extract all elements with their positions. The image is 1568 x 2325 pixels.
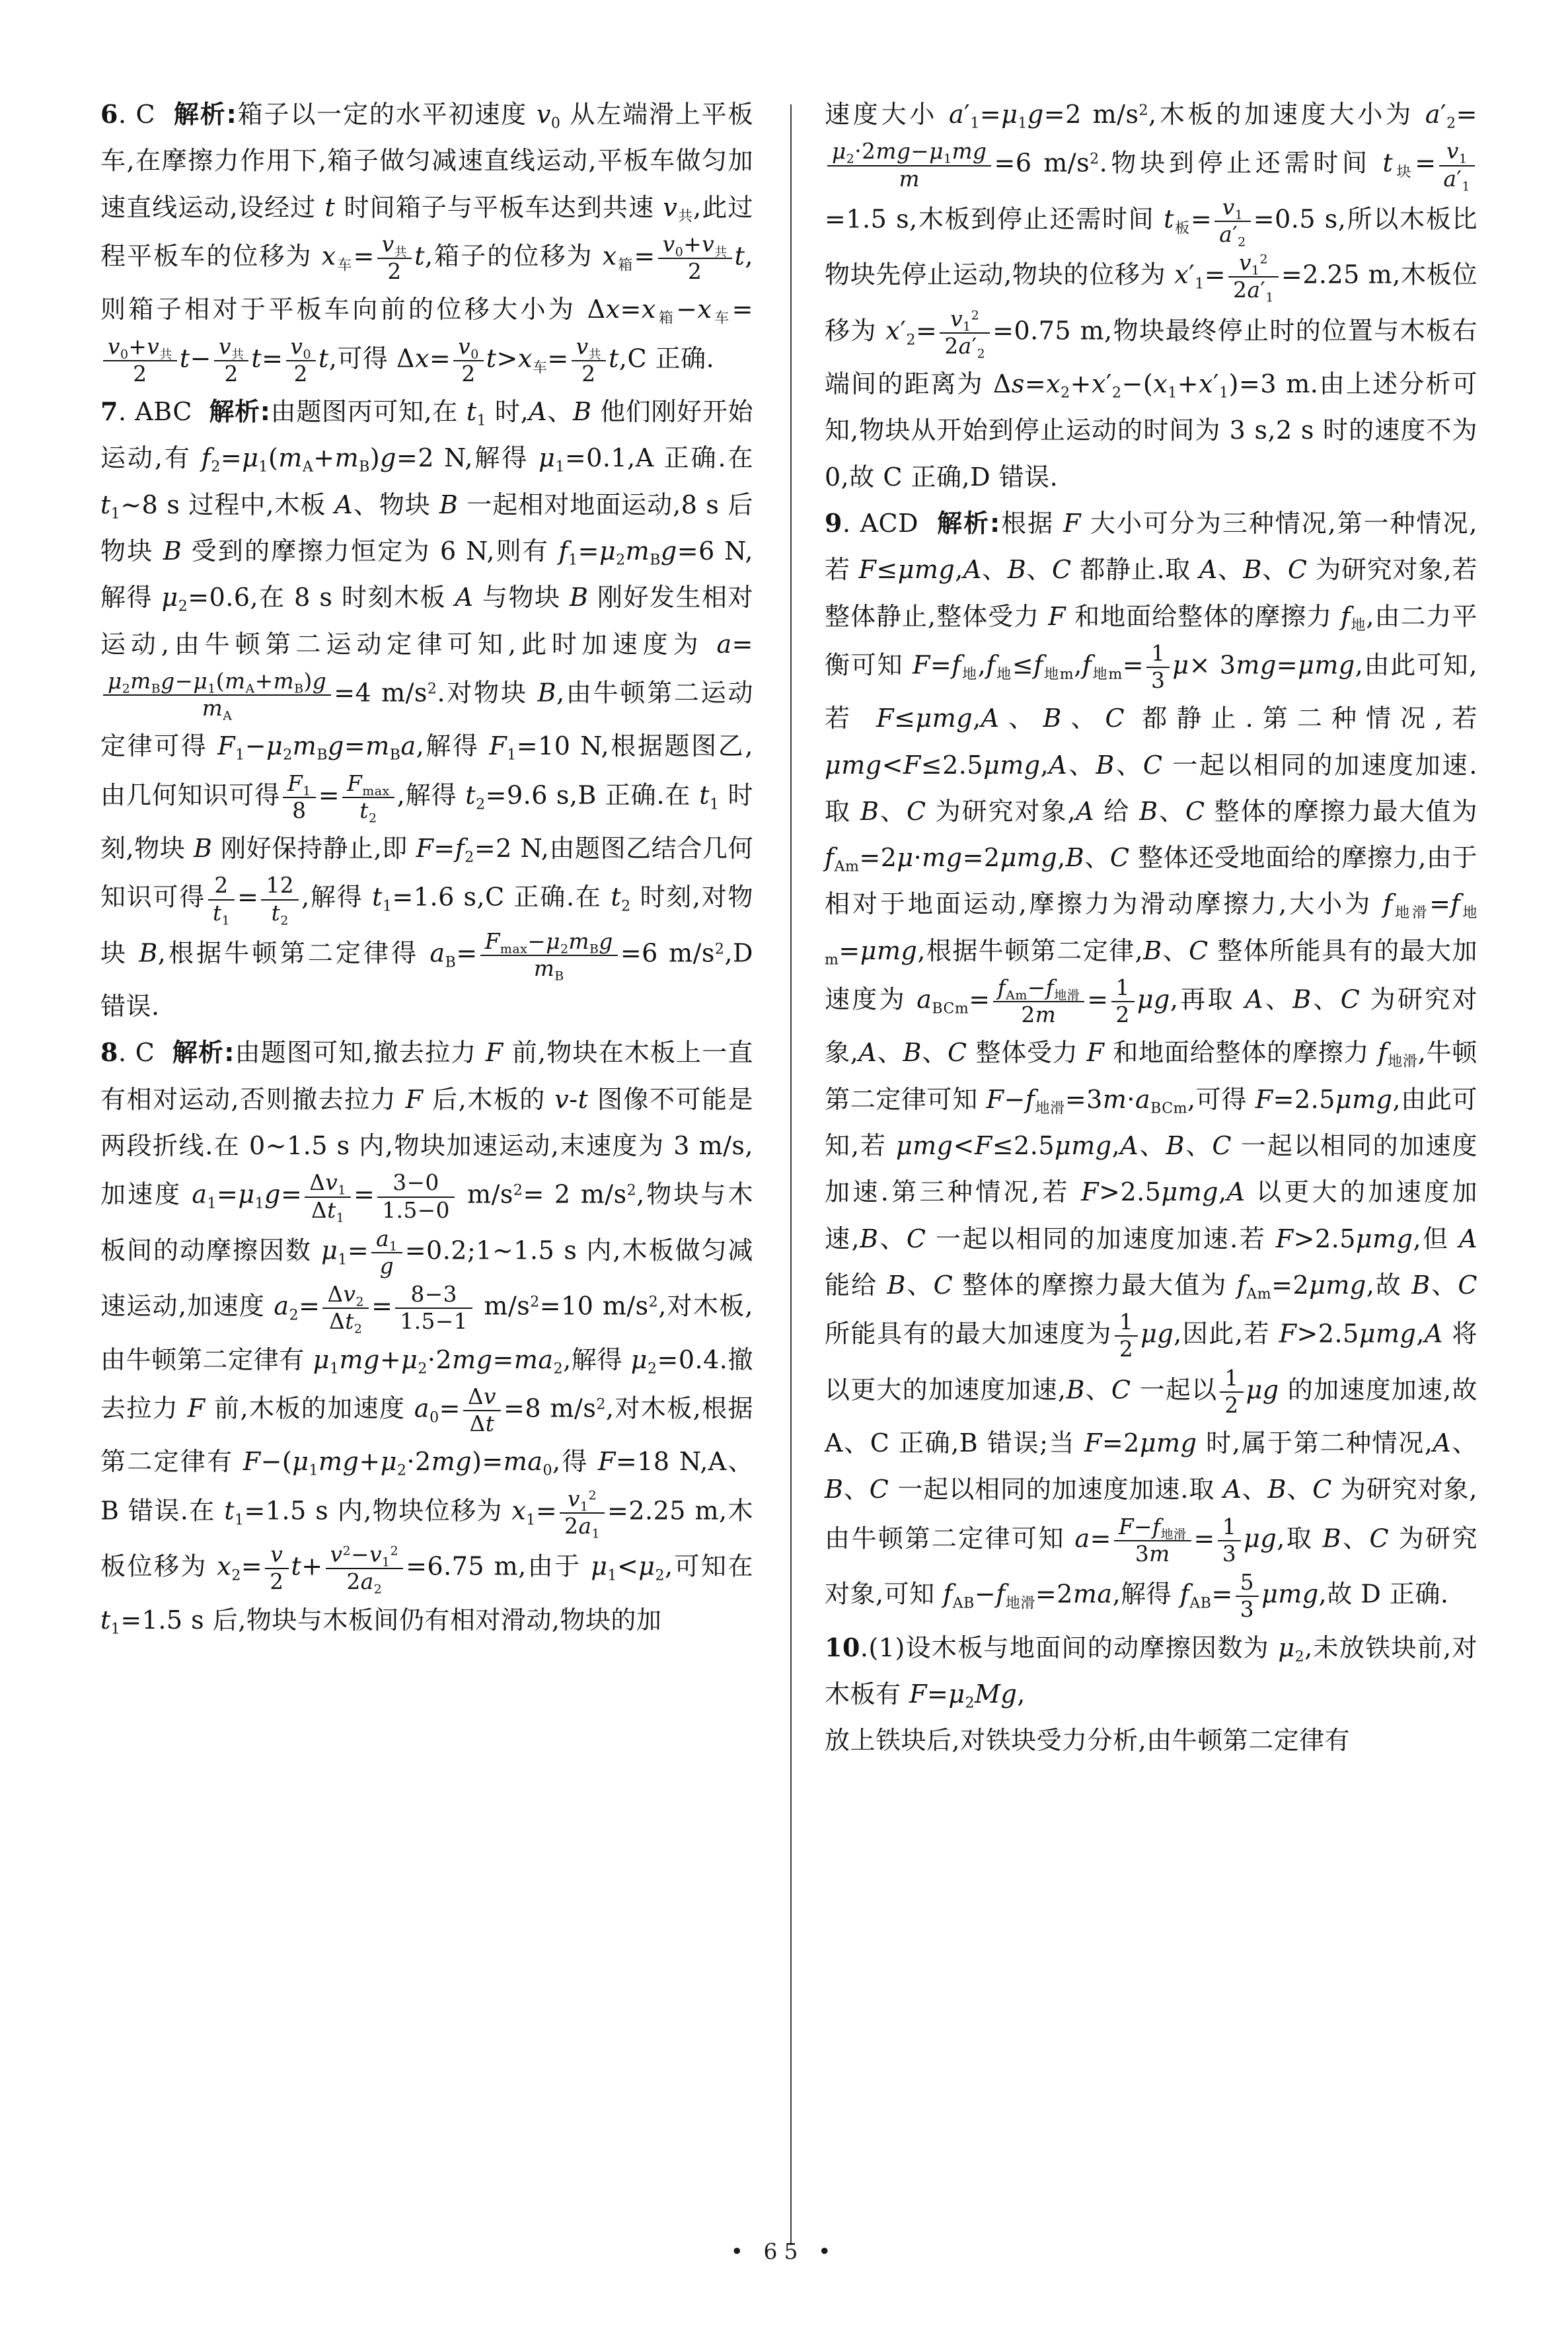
solution-item-10-part1: 10.(1)设木板与地面间的动摩擦因数为 μ2,未放铁块前,对木板有 F=μ2M… [825,1625,1477,1718]
column-divider-rule [790,104,792,2245]
solution-item-8: 8. C 解析:由题图可知,撤去拉力 F 前,物块在木板上一直有相对运动,否则撤… [100,1029,753,1642]
solution-item-6: 6. C 解析:箱子以一定的水平初速度 v0 从左端滑上平板车,在摩擦力作用下,… [100,91,753,388]
solution-item-9: 9. ACD 解析:根据 F 大小可分为三种情况,第一种情况,若 F≤μmg,A… [825,500,1477,1625]
solution-item-10-part2: 放上铁块后,对铁块受力分析,由牛顿第二定律有 [825,1717,1477,1763]
page-number: • 65 • [0,2238,1568,2264]
left-column: 6. C 解析:箱子以一定的水平初速度 v0 从左端滑上平板车,在摩擦力作用下,… [100,91,753,1643]
solution-item-7: 7. ABC 解析:由题图丙可知,在 t1 时,A、B 他们刚好开始运动,有 f… [100,388,753,1029]
right-column: 速度大小 a′1=μ1g=2 m/s2,木板的加速度大小为 a′2=μ2·2mg… [825,91,1477,1764]
solution-item-8-continued: 速度大小 a′1=μ1g=2 m/s2,木板的加速度大小为 a′2=μ2·2mg… [825,91,1477,500]
